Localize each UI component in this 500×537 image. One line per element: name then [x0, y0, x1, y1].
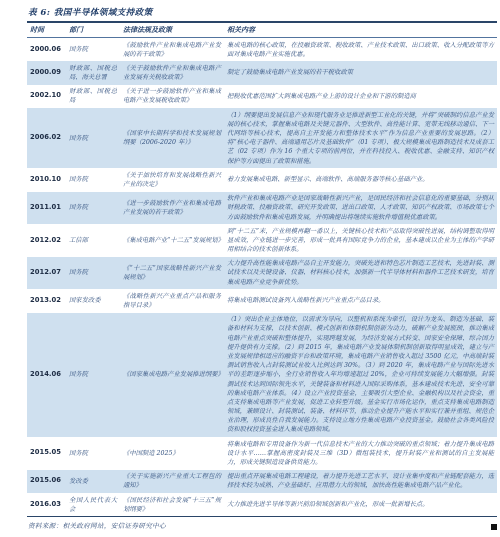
cell-dept: 国家发改委: [66, 289, 120, 312]
header-content: 相关内容: [224, 22, 497, 38]
table-row: 2015.05 国务院 《中国制造 2025》 将集成电路和专用设备作为新一代信…: [27, 437, 497, 470]
cell-content: （1）纲要提出发展信息产业和现代服务业是推进新型工业化的关键，并将“突破制约信息…: [224, 108, 497, 168]
table-row: 2012.02 工信部 《集成电路产业“十二五”发展规划》 到“十二五”末，产业…: [27, 224, 497, 257]
cell-content: 到“十二五”末，产业规模再翻一番以上，关键核心技术和产品取得突破性进展，结构调整…: [224, 224, 497, 257]
cell-dept: 国务院: [66, 108, 120, 168]
cell-policy: 《国民经济和社会发展“十三五”规划纲要》: [120, 493, 224, 517]
cell-policy: 《集成电路产业“十二五”发展规划》: [120, 224, 224, 257]
cell-policy: 《关于加快培育和发展战略性新兴产业的决定》: [120, 168, 224, 191]
cell-dept: 国务院: [66, 313, 120, 437]
cell-time: 2000.06: [27, 38, 66, 62]
table-title: 表 6: 我国半导体领域支持政策: [27, 5, 497, 21]
table-row: 2016.03 全国人民代表大会 《国民经济和社会发展“十三五”规划纲要》 大力…: [27, 493, 497, 517]
source-note: 资料来源：相关政府网站，安信证券研究中心: [27, 517, 497, 530]
cell-dept: 工信部: [66, 224, 120, 257]
cell-policy: 《战略性新兴产业重点产品和服务指导目录》: [120, 289, 224, 312]
cell-time: 2011.01: [27, 192, 66, 225]
cell-time: 2002.10: [27, 85, 66, 108]
cell-dept: 国务院: [66, 437, 120, 470]
cell-policy: 《国家集成电路产业发展推进纲要》: [120, 313, 224, 437]
policy-table: 时间 部门 法律法规及政策 相关内容 2000.06 国务院 《鼓励软件产业和集…: [27, 21, 497, 517]
cell-time: 2015.06: [27, 470, 66, 493]
cell-dept: 全国人民代表大会: [66, 493, 120, 517]
header-time: 时间: [27, 22, 66, 38]
cell-policy: 《“十二五”国家战略性新兴产业发展规划》: [120, 257, 224, 290]
cell-dept: 财政部、国税总局: [66, 85, 120, 108]
table-row: 2013.02 国家发改委 《战略性新兴产业重点产品和服务指导目录》 将集成电路…: [27, 289, 497, 312]
cell-policy: 《鼓励软件产业和集成电路产业发展的若干政策》: [120, 38, 224, 62]
table-row: 2006.02 国务院 《国家中长期科学和技术发展规划纲要（2006-2020 …: [27, 108, 497, 168]
cell-policy: 《国家中长期科学和技术发展规划纲要（2006-2020 年）》: [120, 108, 224, 168]
cell-content: 把税收优惠范围扩大到集成电路产业上游的设计企业和下游的制造商: [224, 85, 497, 108]
cell-time: 2016.03: [27, 493, 66, 517]
table-row: 2002.10 财政部、国税总局 《关于进一步鼓励软件产业和集成电路产业发展税收…: [27, 85, 497, 108]
cell-policy: 《关于鼓励软件产业和集成电路产业发展有关税收政策》: [120, 61, 224, 84]
cell-content: 大力提升高性能集成电路产品自主开发能力，突破先进和特色芯片制造工艺技术，先进封装…: [224, 257, 497, 290]
cell-content: 集成电路的核心政策，在投融资政策、税收政策、产业技术政策、出口政策、收入分配政策…: [224, 38, 497, 62]
page-corner-dot: [491, 524, 497, 530]
cell-content: 大力推进先进半导体等新兴前沿领域创新和产业化，形成一批新增长点。: [224, 493, 497, 517]
cell-time: 2013.02: [27, 289, 66, 312]
table-row: 2015.06 发改委 《关于实施新兴产业重大工程包的通知》 提出重点开展集成电…: [27, 470, 497, 493]
cell-time: 2014.06: [27, 313, 66, 437]
cell-time: 2010.10: [27, 168, 66, 191]
cell-dept: 国务院: [66, 38, 120, 62]
cell-dept: 财政部、国税总局、海关总署: [66, 61, 120, 84]
cell-policy: 《关于进一步鼓励软件产业和集成电路产业发展税收政策》: [120, 85, 224, 108]
cell-time: 2006.02: [27, 108, 66, 168]
cell-content: 着力发展集成电路、新型显示、高端软件、高端服务器等核心基础产业。: [224, 168, 497, 191]
policy-table-header: 时间 部门 法律法规及政策 相关内容: [27, 22, 497, 38]
cell-content: 制定了鼓励集成电路产业发展的若干税收政策: [224, 61, 497, 84]
cell-dept: 国务院: [66, 192, 120, 225]
cell-content: 提出重点开展集成电路工程建设，着力提升先进工艺水平、设计业集中度和产业链配套能力…: [224, 470, 497, 493]
cell-dept: 国务院: [66, 168, 120, 191]
cell-time: 2012.07: [27, 257, 66, 290]
cell-content: 软件产业和集成电路产业是国家战略性新兴产业，是国民经济和社会信息化的重要基础，分…: [224, 192, 497, 225]
header-dept: 部门: [66, 22, 120, 38]
cell-policy: 《中国制造 2025》: [120, 437, 224, 470]
cell-time: 2015.05: [27, 437, 66, 470]
table-row: 2010.10 国务院 《关于加快培育和发展战略性新兴产业的决定》 着力发展集成…: [27, 168, 497, 191]
cell-content: 将集成电路测试设备列入战略性新兴产业重点产品目录。: [224, 289, 497, 312]
cell-policy: 《进一步鼓励软件产业和集成电路产业发展的若干政策》: [120, 192, 224, 225]
policy-table-section: 表 6: 我国半导体领域支持政策 时间 部门 法律法规及政策 相关内容 2000…: [27, 5, 497, 530]
table-row: 2000.09 财政部、国税总局、海关总署 《关于鼓励软件产业和集成电路产业发展…: [27, 61, 497, 84]
table-row: 2011.01 国务院 《进一步鼓励软件产业和集成电路产业发展的若干政策》 软件…: [27, 192, 497, 225]
table-row: 2012.07 国务院 《“十二五”国家战略性新兴产业发展规划》 大力提升高性能…: [27, 257, 497, 290]
cell-content: 将集成电路和专用设备作为新一代信息技术产业的大力推动突破的重点领域；着力提升集成…: [224, 437, 497, 470]
cell-time: 2012.02: [27, 224, 66, 257]
report-page: 表 6: 我国半导体领域支持政策 时间 部门 法律法规及政策 相关内容 2000…: [0, 0, 500, 537]
cell-dept: 发改委: [66, 470, 120, 493]
policy-table-body: 2000.06 国务院 《鼓励软件产业和集成电路产业发展的若干政策》 集成电路的…: [27, 38, 497, 517]
cell-policy: 《关于实施新兴产业重大工程包的通知》: [120, 470, 224, 493]
cell-dept: 国务院: [66, 257, 120, 290]
cell-time: 2000.09: [27, 61, 66, 84]
header-policy: 法律法规及政策: [120, 22, 224, 38]
cell-content: （1）突出企业主体地位，以需求为导向，以整机和系统为牵引，设计为龙头、制造为基础…: [224, 313, 497, 437]
table-row: 2000.06 国务院 《鼓励软件产业和集成电路产业发展的若干政策》 集成电路的…: [27, 38, 497, 62]
table-row: 2014.06 国务院 《国家集成电路产业发展推进纲要》 （1）突出企业主体地位…: [27, 313, 497, 437]
